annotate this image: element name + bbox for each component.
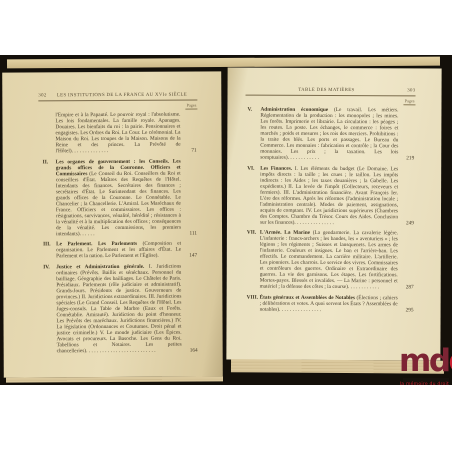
entry-numeral: II. (43, 159, 48, 165)
left-running-title: LES INSTITUTIONS DE LA FRANCE AU XVIe SI… (47, 93, 198, 99)
entry-page-number: 164 (190, 347, 198, 353)
entry-page-number: 249 (406, 220, 414, 226)
leader-dots: ............ (288, 155, 321, 161)
entry-text: I. Juridictions ordinaires (Prévôts. Bai… (56, 263, 181, 354)
toc-entry-vii: VII. L'Armée. La Marine (La gendarmerie.… (247, 230, 413, 291)
leader-dots: ............... (294, 219, 335, 225)
right-running-title: TABLE DES MATIÈRES (246, 88, 408, 94)
entry-numeral: III. (43, 241, 51, 247)
page-stack-edge-left (6, 376, 223, 382)
toc-entry-ii: II. Les organes de gouvernement : les Co… (43, 158, 196, 237)
left-pages-column-label: Pages (2, 103, 197, 109)
entry-numeral: VIII. (247, 294, 258, 300)
right-pages-column-label: Pages (227, 98, 415, 104)
mdd-logo-caption: la mémoire du droit (399, 383, 449, 388)
entry-page-number: 295 (406, 307, 414, 313)
leader-dots: ............ (348, 284, 381, 290)
open-book-photo: 302 LES INSTITUTIONS DE LA FRANCE AU XVI… (0, 55, 452, 385)
left-text-column: l'Empire et à la Papauté. Le pouvoir roy… (42, 112, 196, 354)
right-folio-number: 303 (407, 88, 415, 93)
right-page: TABLE DES MATIÈRES 303 Pages V. Administ… (226, 68, 441, 361)
entry-numeral: VI. (247, 165, 254, 171)
entry-page-number: 219 (406, 155, 414, 161)
left-running-head: 302 LES INSTITUTIONS DE LA FRANCE AU XVI… (38, 93, 197, 101)
entry-text: (Le travail. Les métiers. Réglementation… (260, 107, 398, 161)
entry-text: (Le Conseil du Roi. Conseillers du Roi e… (56, 170, 181, 237)
entry-text: (La gendarmerie. La cavalerie légère. L'… (260, 230, 398, 290)
entry-text: I. Les éléments du budget (Le Domaine. L… (260, 165, 398, 225)
right-text-column: V. Administration économique (Le travail… (247, 107, 414, 313)
left-page: 302 LES INSTITUTIONS DE LA FRANCE AU XVI… (2, 71, 223, 377)
entry-numeral: VII. (247, 230, 256, 236)
leader-dots: .......................... (86, 347, 157, 353)
entry-page-number: 71 (191, 148, 196, 154)
entry-page-number: 111 (189, 230, 197, 236)
right-running-head: TABLE DES MATIÈRES 303 (246, 88, 416, 96)
book-top-page-edge (7, 57, 440, 69)
entry-numeral: IV. (43, 264, 50, 270)
entry-page-number: 287 (406, 284, 414, 290)
leader-dots: .............. (72, 148, 110, 154)
toc-entry-viii: VIII. États généraux et Assemblées de No… (247, 294, 413, 313)
toc-entry-iii: III. Le Parlement. Les Parlements (Compo… (43, 241, 196, 260)
mdd-watermark: mdd la mémoire du droit (399, 346, 451, 387)
toc-entry-iv: IV. Justice et Administration générale. … (43, 263, 196, 354)
leader-dots: ................ (279, 306, 323, 312)
leader-dots: ...... (80, 231, 96, 237)
toc-entry-vi: VI. Les Finances. I. Les éléments du bud… (247, 165, 413, 226)
toc-entry-v: V. Administration économique (Le travail… (247, 107, 413, 162)
mdd-logo: mdd (399, 346, 451, 377)
left-folio-number: 302 (38, 93, 46, 98)
toc-entry-continuation: l'Empire et à la Papauté. Le pouvoir roy… (42, 112, 195, 155)
entry-page-number: 147 (189, 253, 197, 259)
entry-numeral: V. (247, 107, 251, 113)
